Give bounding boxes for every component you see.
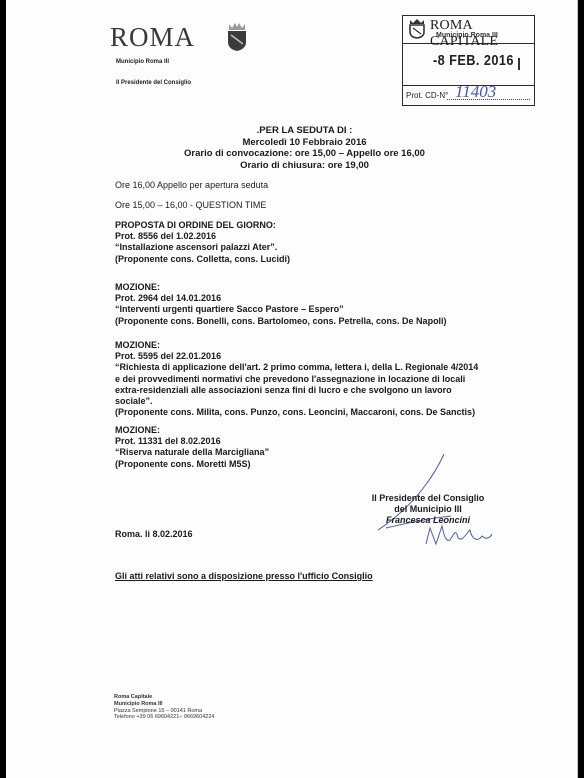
footer-line1: Roma Capitale <box>114 694 214 701</box>
header-municipio: Municipio Roma III <box>116 59 169 65</box>
agenda-item-prot: Prot. 5595 del 22.01.2016 <box>115 351 478 362</box>
stamp-subtitle: Municipio Roma III <box>436 32 498 39</box>
agenda-item-title: e dei provvedimenti normativi che preved… <box>115 374 478 385</box>
document-page: ROMA Municipio Roma III Il Presidente de… <box>6 0 578 778</box>
agenda-item-title: extra-residenziali alle associazioni sen… <box>115 385 478 396</box>
footer-line4: Telefono +39 06 69604221– 0669604224 <box>114 714 214 721</box>
stamp-date: -8 FEB. 2016 <box>433 52 514 69</box>
schedule-question-time: Ore 15,00 – 16,00 - QUESTION TIME <box>115 200 266 210</box>
agenda-item-title: “Installazione ascensori palazzi Ater”. <box>115 242 290 253</box>
agenda-item-title: “Interventi urgenti quartiere Sacco Past… <box>115 304 447 315</box>
place-date: Roma. li 8.02.2016 <box>115 529 193 540</box>
footer-line3: Piazza Sempione 15 – 00141 Roma <box>114 708 214 715</box>
stamp-prot-number: 11403 <box>455 82 496 102</box>
session-heading: .PER LA SEDUTA DI : <box>32 125 577 137</box>
session-date: Mercoledì 10 Febbraio 2016 <box>32 137 577 149</box>
agenda-item: MOZIONE: Prot. 5595 del 22.01.2016 “Rich… <box>115 340 478 418</box>
roma-capitale-crest-icon <box>409 19 425 39</box>
agenda-item-prot: Prot. 2964 del 14.01.2016 <box>115 293 447 304</box>
agenda-item-proponents: (Proponente cons. Moretti M5S) <box>115 459 269 470</box>
session-convocation: Orario di convocazione: ore 15,00 – Appe… <box>32 148 577 160</box>
agenda-item-title: sociale”. <box>115 396 478 407</box>
agenda-item-title: “Riserva naturale della Marcigliana” <box>115 447 269 458</box>
agenda-item-type: MOZIONE: <box>115 340 478 351</box>
roma-crest-icon <box>226 22 248 52</box>
signature-line1: Il Presidente del Consiglio <box>358 493 498 504</box>
session-heading-block: .PER LA SEDUTA DI : Mercoledì 10 Febbrai… <box>6 125 577 171</box>
documents-notice: Gli atti relativi sono a disposizione pr… <box>115 571 373 581</box>
stamp-mark <box>518 58 520 70</box>
agenda-item-title: “Richiesta di applicazione dell'art. 2 p… <box>115 362 478 373</box>
agenda-item-proponents: (Proponente cons. Milita, cons. Punzo, c… <box>115 407 478 418</box>
protocol-stamp: ROMA CAPITALE Municipio Roma III -8 FEB.… <box>402 15 535 106</box>
agenda-item: MOZIONE: Prot. 2964 del 14.01.2016 “Inte… <box>115 282 447 327</box>
stamp-prot-label: Prot. CD-N° <box>406 91 448 100</box>
footer-line2: Municipio Roma III <box>114 701 214 708</box>
signature-block: Il Presidente del Consiglio del Municipi… <box>358 493 498 526</box>
agenda-item-type: MOZIONE: <box>115 425 269 436</box>
agenda-item: PROPOSTA DI ORDINE DEL GIORNO: Prot. 855… <box>115 220 290 265</box>
agenda-item-proponents: (Proponente cons. Bonelli, cons. Bartolo… <box>115 316 447 327</box>
agenda-item-type: MOZIONE: <box>115 282 447 293</box>
agenda-item-proponents: (Proponente cons. Colletta, cons. Lucidi… <box>115 254 290 265</box>
schedule-roll-call: Ore 16,00 Appello per apertura seduta <box>115 180 268 190</box>
agenda-item-prot: Prot. 8556 del 1.02.2016 <box>115 231 290 242</box>
agenda-item-type: PROPOSTA DI ORDINE DEL GIORNO: <box>115 220 290 231</box>
roma-logo-text: ROMA <box>110 22 195 53</box>
signature-name: Francesca Leoncini <box>358 515 498 526</box>
header-role: Il Presidente del Consiglio <box>116 80 191 86</box>
agenda-item-prot: Prot. 11331 del 8.02.2016 <box>115 436 269 447</box>
agenda-item: MOZIONE: Prot. 11331 del 8.02.2016 “Rise… <box>115 425 269 470</box>
footer-address: Roma Capitale Municipio Roma III Piazza … <box>114 694 214 721</box>
signature-line2: del Municipio III <box>358 504 498 515</box>
session-closing: Orario di chiusura: ore 19,00 <box>32 160 577 172</box>
